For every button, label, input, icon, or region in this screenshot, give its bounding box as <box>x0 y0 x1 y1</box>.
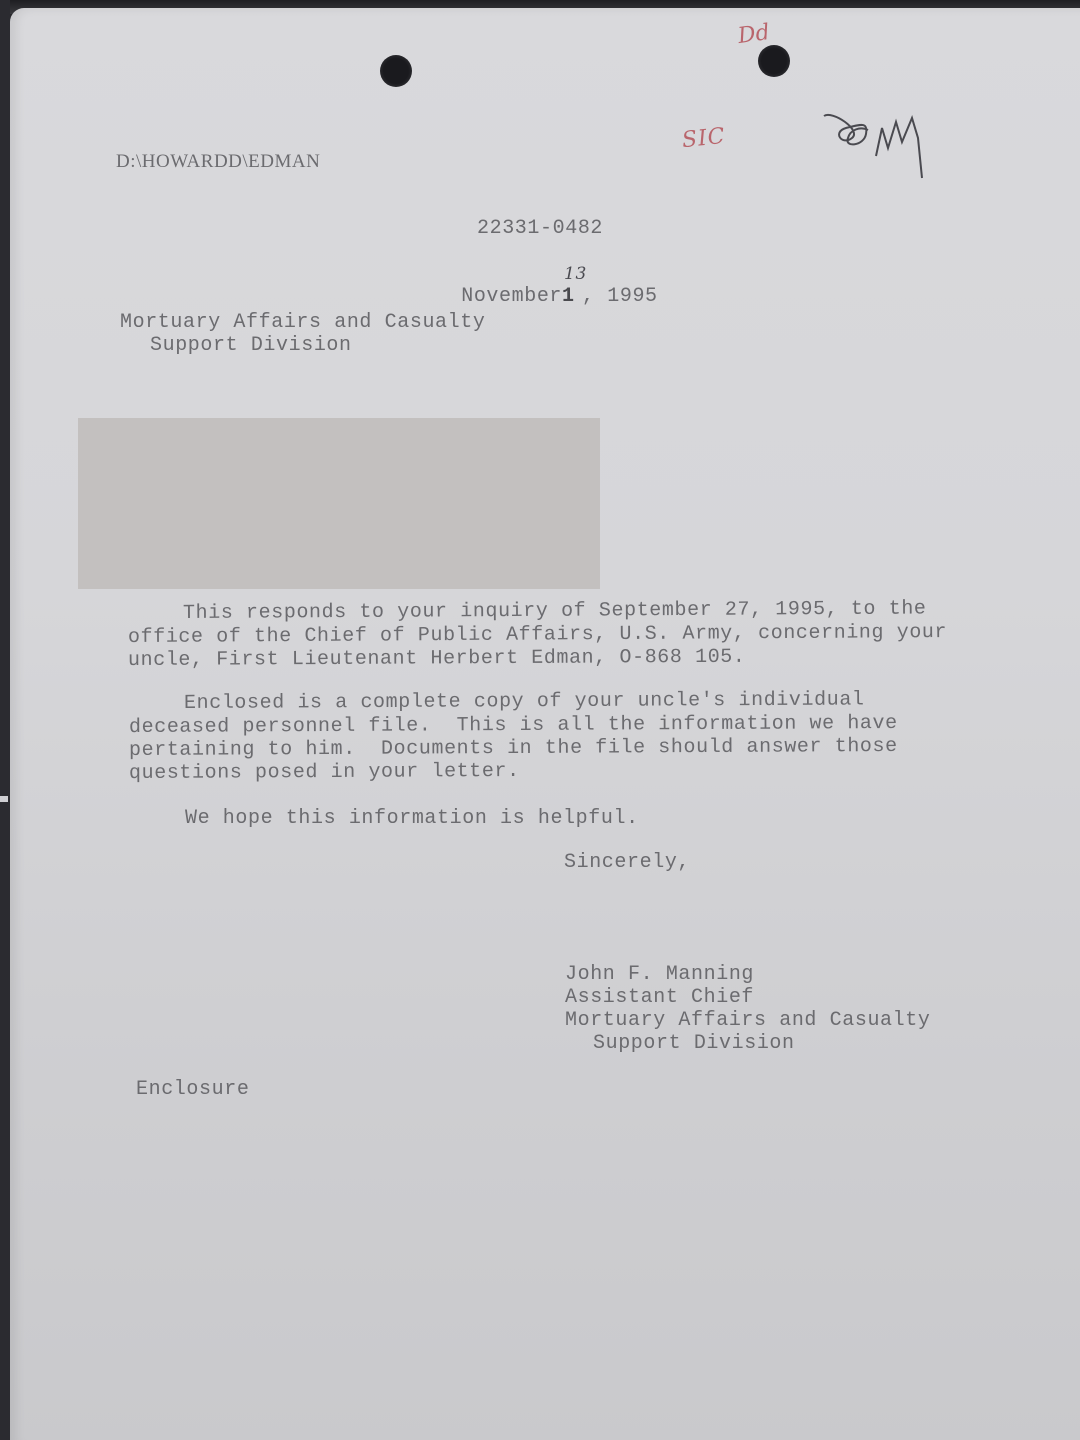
date-month: November <box>461 285 562 308</box>
signer-name: John F. Manning <box>565 963 754 986</box>
enclosure-note: Enclosure <box>136 1078 249 1101</box>
punch-hole-right <box>758 45 790 77</box>
signer-title: Assistant Chief <box>565 986 754 1009</box>
date-day: 113 <box>562 285 582 308</box>
signer-office-line1: Mortuary Affairs and Casualty <box>565 1009 930 1032</box>
date-day-struck: 1 <box>562 285 575 308</box>
body-line: Enclosed is a complete copy of your uncl… <box>184 688 865 715</box>
signer-office-line2: Support Division <box>593 1032 795 1055</box>
sender-office-line1: Mortuary Affairs and Casualty <box>120 311 485 334</box>
body-line: pertaining to him. Documents in the file… <box>129 735 898 762</box>
closing: Sincerely, <box>564 851 690 874</box>
punch-hole-left <box>380 55 412 87</box>
handwritten-initials <box>822 108 942 188</box>
body-line: uncle, First Lieutenant Herbert Edman, O… <box>128 646 746 672</box>
body-line: questions posed in your letter. <box>129 760 520 785</box>
letter-date: November113, 1995 <box>436 262 658 308</box>
red-annotation-sic: SIC <box>681 124 727 153</box>
file-path: D:\HOWARDD\EDMAN <box>116 150 320 173</box>
date-year: , 1995 <box>582 285 658 308</box>
initials-scribble-icon <box>822 108 942 188</box>
edge-notch <box>0 796 8 802</box>
redacted-recipient-address <box>78 418 600 589</box>
body-paragraph-3: We hope this information is helpful. <box>185 807 639 830</box>
sender-office-line2: Support Division <box>150 334 352 357</box>
red-annotation-top: Dd <box>736 20 771 49</box>
date-day-handwritten: 13 <box>564 263 587 286</box>
background-left-edge <box>0 0 10 1440</box>
reference-number: 22331-0482 <box>477 217 603 240</box>
